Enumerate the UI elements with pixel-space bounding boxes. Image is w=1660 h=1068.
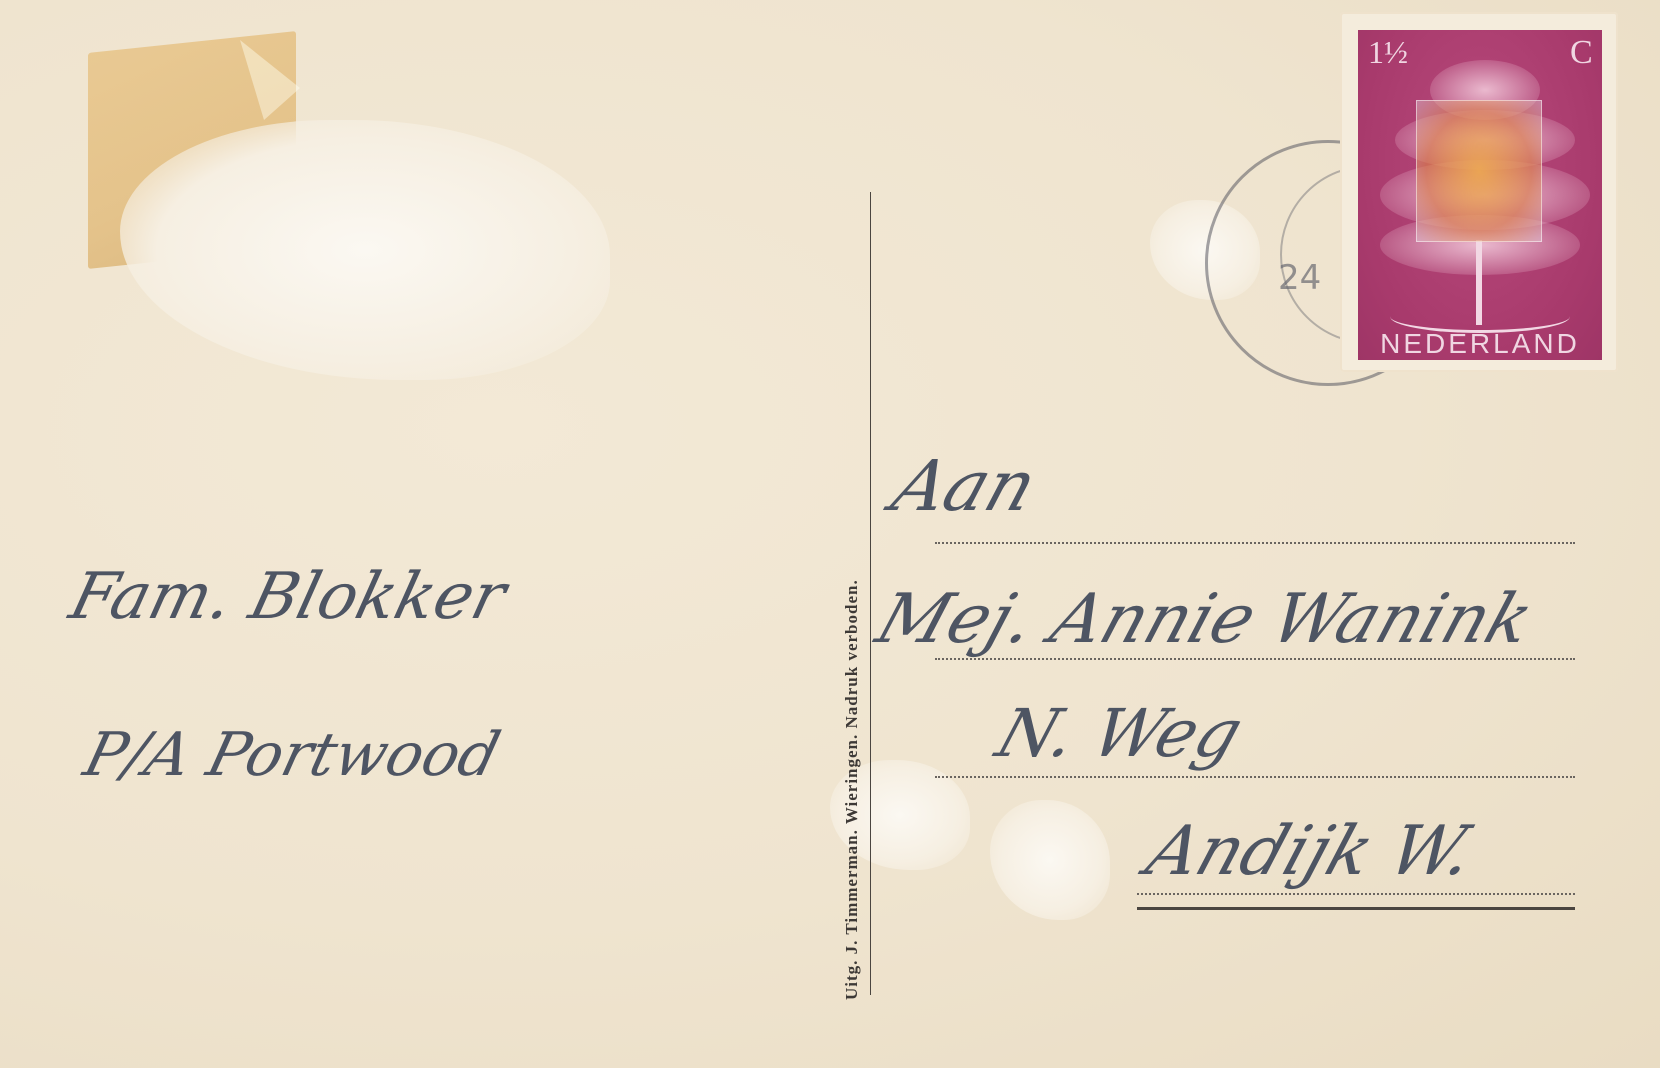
stamp-currency: C	[1570, 34, 1593, 72]
center-divider-line	[870, 192, 871, 995]
address-dotted-line	[935, 542, 1575, 544]
address-line-2: Mej. Annie Wanink	[867, 580, 1542, 659]
paper-scuff	[120, 120, 610, 380]
address-line-3: N. Weg	[987, 695, 1251, 772]
address-dotted-line	[935, 776, 1575, 778]
publisher-imprint: Uitg. J. Timmerman. Wieringen. Nadruk ve…	[842, 579, 862, 1000]
address-line-4: Andijk W.	[1137, 812, 1484, 891]
sender-line-2: P/A Portwood	[77, 720, 506, 790]
stamp-country: NEDERLAND	[1360, 328, 1600, 360]
stamp-tape-patch	[1416, 100, 1542, 242]
postmark-date: 24	[1278, 258, 1321, 298]
address-line-1: Aan	[883, 445, 1047, 527]
postcard: Uitg. J. Timmerman. Wieringen. Nadruk ve…	[0, 0, 1660, 1068]
paper-scuff	[990, 800, 1110, 920]
address-underline	[1137, 907, 1575, 910]
address-dotted-line	[1137, 893, 1575, 895]
stamp-value: 1½	[1368, 34, 1408, 71]
sender-line-1: Fam. Blokker	[63, 560, 513, 634]
